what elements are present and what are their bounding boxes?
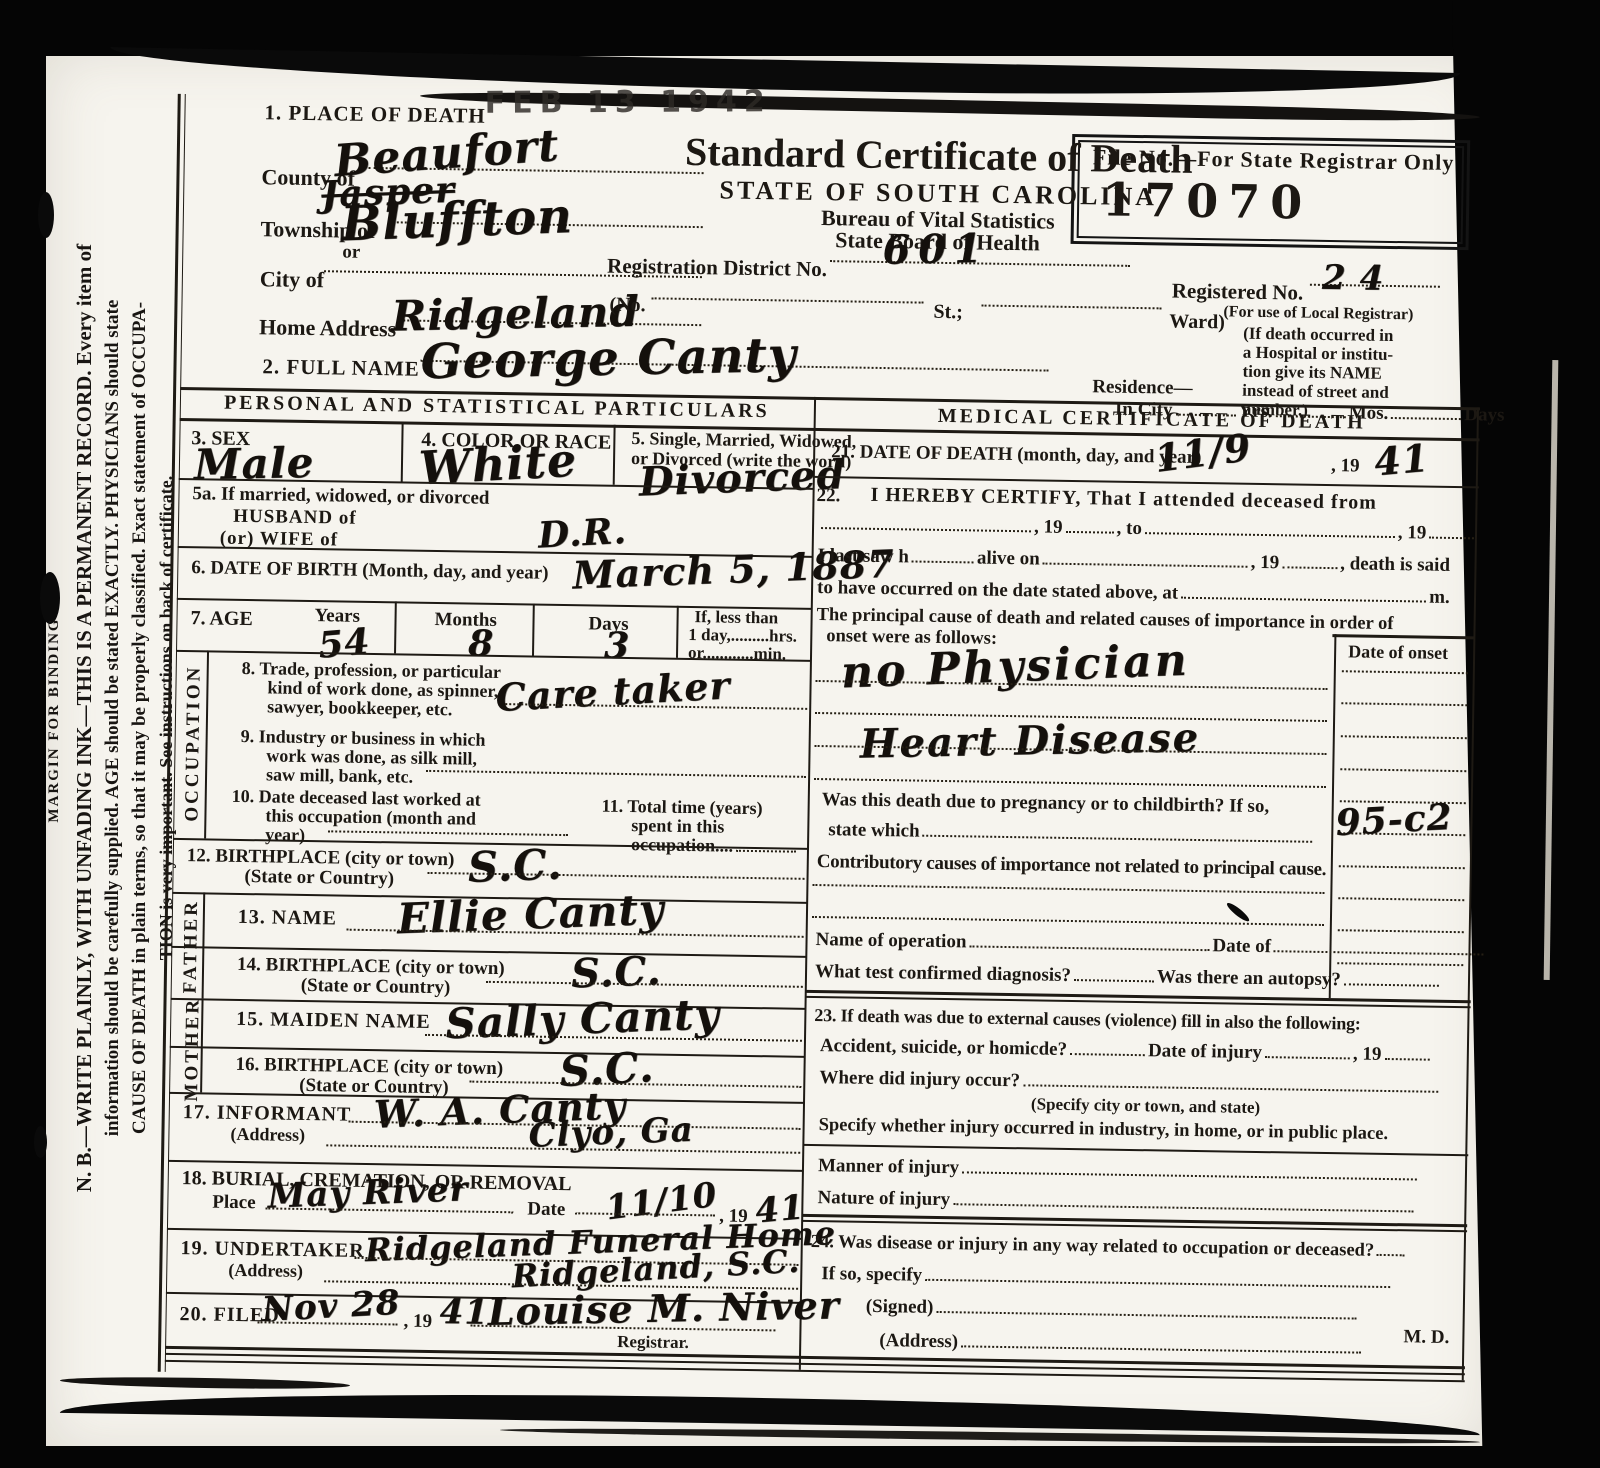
onset-dotted-10 [1337, 962, 1463, 966]
if-so-label: If so, specify [821, 1263, 922, 1286]
race-marital-divider [613, 425, 616, 485]
age-divider-2 [532, 604, 535, 656]
q24-row: 24. Was disease or injury in any way rel… [811, 1232, 1409, 1262]
certificate-title: Standard Certificate of Death [614, 129, 1265, 182]
injury-19-label: , 19 [1353, 1043, 1382, 1064]
street-dotted-line [982, 305, 1162, 310]
informant-address-label: (Address) [230, 1125, 305, 1146]
pregnancy-label-1: Was this death due to pregnancy or to ch… [822, 790, 1270, 818]
onset-box-top-rule [1332, 634, 1474, 639]
manner-row: Manner of injury [818, 1156, 1420, 1186]
specify-where-label: Specify whether injury occurred in indus… [818, 1116, 1388, 1145]
marital-value-handwritten: Divorced [638, 451, 846, 506]
certify-label: I HEREBY CERTIFY, That I attended deceas… [870, 485, 1377, 515]
scan-blob-1 [38, 192, 54, 238]
operation-row: Name of operationDate of [815, 930, 1487, 961]
city-label: City of [260, 267, 325, 292]
md-label: M. D. [1403, 1327, 1449, 1348]
onset-dotted-7 [1339, 865, 1465, 869]
m-label: m. [1429, 587, 1450, 608]
nature-row: Nature of injury [817, 1188, 1416, 1218]
accident-label: Accident, suicide, or homicde? [820, 1035, 1067, 1060]
date-of-death-year-handwritten: 41 [1372, 435, 1431, 485]
if-so-row: If so, specify [821, 1264, 1393, 1293]
date-of-death-label: 21. DATE OF DEATH (month, day, and year) [831, 442, 1201, 468]
onset-dotted-1 [1342, 670, 1468, 674]
sex-race-divider [401, 421, 404, 481]
dob-label: 6. DATE OF BIRTH (Month, day, and year) [191, 558, 548, 584]
last-saw-label-1: I last saw h [817, 545, 909, 567]
onset-header: Date of onset [1348, 642, 1448, 663]
accident-row: Accident, suicide, or homicde?Date of in… [820, 1036, 1433, 1066]
ward-label: Ward) [1169, 311, 1225, 333]
birthplace-sub-label: (State or Country) [244, 867, 394, 890]
pregnancy-label-2: state which [828, 819, 920, 841]
onset-dotted-8 [1338, 897, 1464, 901]
or-label: or [342, 242, 360, 263]
last-saw-label-3: , death is said [1340, 553, 1450, 576]
registered-no-label: Registered No. [1172, 280, 1304, 305]
informant-label: 17. INFORMANT [183, 1102, 352, 1126]
husband-value-handwritten: D.R. [537, 510, 628, 557]
item9-dotted-line [426, 770, 806, 778]
item10-dotted-line [328, 830, 568, 836]
q22-label: 22. [816, 486, 840, 507]
husband-label-line-2: HUSBAND of [233, 507, 357, 529]
onset-code-handwritten: 95-c2 [1334, 796, 1453, 844]
specify-city-label: (Specify city or town, and state) [1031, 1095, 1260, 1117]
certify-dates-row: , 19, to, 19 [818, 514, 1478, 545]
operation-label: Name of operation [815, 929, 966, 952]
filed-19-label: , 19 [403, 1312, 432, 1333]
onset-dotted-4 [1340, 768, 1466, 772]
maiden-name-label: 15. MAIDEN NAME [236, 1009, 431, 1034]
item10-line-3: year) [265, 825, 305, 845]
last-saw-row: I last saw halive on, 19, death is said [817, 546, 1450, 576]
township-value-handwritten: Bluffton [340, 188, 574, 252]
burial-place-label: Place [212, 1193, 256, 1214]
age-months-value-handwritten: 8 [468, 623, 495, 665]
scan-blob-3 [34, 1126, 47, 1158]
age-divider-1 [394, 601, 397, 653]
age-label: 7. AGE [190, 608, 253, 631]
where-injury-label: Where did injury occur? [819, 1067, 1020, 1091]
burial-date-label: Date [527, 1200, 565, 1221]
registered-no-value-handwritten: 24 [1322, 258, 1398, 299]
autopsy-label: Was there an autopsy? [1157, 966, 1341, 990]
last-saw-19: , 19 [1251, 552, 1280, 573]
address-row: (Address) [879, 1331, 1364, 1359]
father-name-label: 13. NAME [238, 907, 337, 930]
occurred-label: to have occurred on the date stated abov… [817, 577, 1178, 604]
diagnosis-autopsy-row: What test confirmed diagnosis?Was there … [815, 962, 1442, 992]
certify-to: , to [1116, 518, 1142, 539]
street-label: St.; [933, 302, 963, 324]
street-no-label: (No. [609, 295, 645, 317]
certify-19b: , 19 [1398, 522, 1427, 543]
full-name-label: 2. FULL NAME [262, 355, 420, 380]
last-saw-label-2: alive on [977, 547, 1040, 569]
nature-label: Nature of injury [817, 1187, 950, 1210]
margin-note-line-2: information should be carefully supplied… [102, 78, 124, 1358]
undertaker-address-label: (Address) [228, 1261, 303, 1282]
margin-note-line-1: N. B.—WRITE PLAINLY, WITH UNFADING INK—T… [72, 78, 97, 1358]
margin-binding-label: MARGIN FOR BINDING [46, 430, 63, 1010]
pregnancy-state-which-row: state which [828, 820, 1316, 848]
full-name-value-handwritten: George Canty [420, 327, 797, 390]
address-label: (Address) [879, 1330, 958, 1352]
birthplace-value-handwritten: S.C. [467, 840, 564, 892]
signed-row: (Signed) [866, 1297, 1360, 1325]
ink-mark [1225, 901, 1251, 924]
registrar-label: Registrar. [617, 1333, 689, 1352]
item8-line-3: sawyer, bookkeeper, etc. [267, 697, 452, 719]
cause-dotted-4 [814, 778, 1326, 788]
contributory-dotted-1 [812, 884, 1324, 894]
residence-label: Residence— [1092, 377, 1193, 399]
local-registrar-note: (For use of Local Registrar) [1223, 303, 1413, 323]
occurred-row: to have occurred on the date stated abov… [817, 578, 1450, 608]
father-birthplace-sub-label: (State or Country) [301, 976, 451, 999]
scan-border-top [0, 0, 1600, 56]
q23-label: 23. If death was due to external causes … [814, 1006, 1361, 1034]
date-of-death-19-label: , 19 [1331, 456, 1360, 477]
onset-dotted-9 [1338, 929, 1464, 933]
age-divider-3 [676, 606, 679, 658]
age-days-value-handwritten: 3 [604, 625, 631, 667]
onset-dotted-3 [1341, 735, 1467, 739]
signed-label: (Signed) [866, 1296, 934, 1318]
manner-label: Manner of injury [818, 1155, 959, 1178]
street-no-dotted-line [652, 297, 924, 303]
certify-19a: , 19 [1034, 516, 1063, 537]
item9-line-3: saw mill, bank, etc. [266, 765, 413, 787]
scanned-death-certificate: MARGIN FOR BINDING N. B.—WRITE PLAINLY, … [0, 0, 1600, 1468]
certificate-form: FEB 13 1942 File No.—For State Registrar… [165, 80, 1487, 1395]
rule-above-manner [803, 1144, 1468, 1156]
father-birthplace-value-handwritten: S.C. [570, 947, 662, 997]
cause-of-death-2-handwritten: Heart Disease [859, 714, 1200, 768]
margin-note-line-3: CAUSE OF DEATH in plain terms, so that i… [129, 78, 151, 1358]
occupation-vertical-label: OCCUPATION [181, 648, 206, 838]
onset-dotted-2 [1341, 702, 1467, 706]
operation-date-label: Date of [1212, 935, 1271, 957]
test-label: What test confirmed diagnosis? [815, 961, 1071, 986]
occupation-value-handwritten: Care taker [494, 662, 731, 720]
injury-date-label: Date of injury [1148, 1040, 1262, 1063]
registration-district-value-handwritten: 601 [882, 225, 990, 274]
received-date-stamp: FEB 13 1942 [485, 84, 772, 121]
home-address-label: Home Address [259, 315, 396, 341]
scan-border-bottom [0, 1446, 1600, 1468]
undertaker-label: 19. UNDERTAKER [180, 1238, 364, 1262]
where-injury-row: Where did injury occur? [819, 1068, 1441, 1098]
contributory-label: Contributory causes of importance not re… [817, 852, 1327, 881]
place-of-death-label: 1. PLACE OF DEATH [264, 101, 486, 127]
registration-district-label: Registration District No. [607, 255, 827, 281]
q24-label: 24. Was disease or injury in any way rel… [811, 1232, 1375, 1261]
